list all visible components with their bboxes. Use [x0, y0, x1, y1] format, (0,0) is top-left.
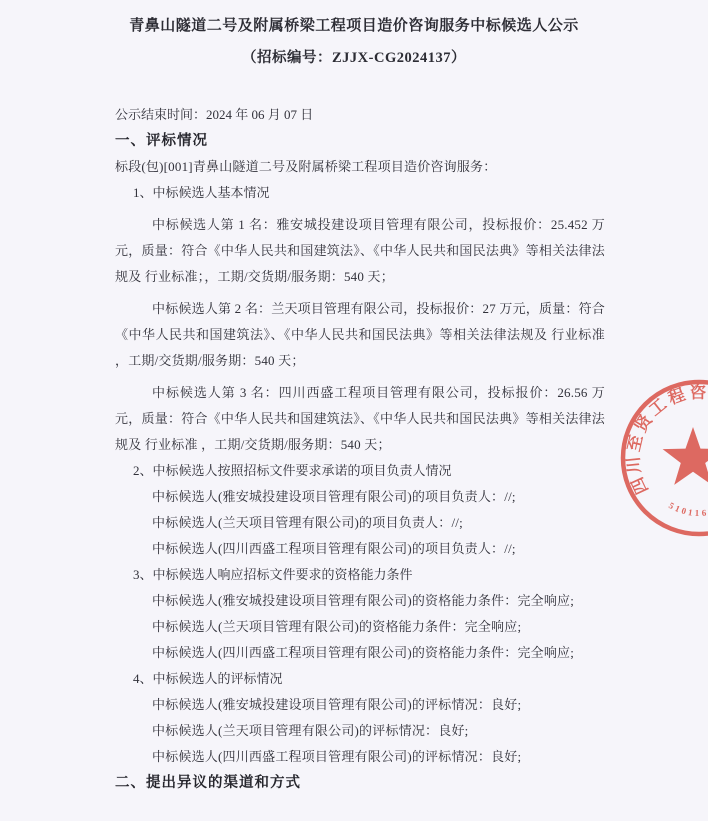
- seal-arc-text: 四 川 至 贤 工 程 咨 询: [624, 382, 708, 497]
- document-title: 青鼻山隧道二号及附属桥梁工程项目造价咨询服务中标候选人公示: [0, 14, 708, 38]
- svg-text:5: 5: [667, 500, 676, 511]
- svg-text:1: 1: [687, 507, 694, 518]
- candidate-2-basic-info: 中标候选人第 2 名：兰天项目管理有限公司，投标报价：27 万元，质量：符合《中…: [115, 296, 605, 374]
- svg-text:四: 四: [628, 474, 652, 497]
- seal-serial-number: 5 1 0 1 1 6 0 2: [667, 500, 708, 518]
- section-objection-heading: 二、提出异议的渠道和方式: [115, 770, 605, 796]
- candidate-2-project-manager: 中标候选人(兰天项目管理有限公司)的项目负责人：//;: [115, 510, 605, 536]
- candidate-2-qualification: 中标候选人(兰天项目管理有限公司)的资格能力条件：完全响应;: [115, 614, 605, 640]
- candidate-3-evaluation-result: 中标候选人(四川西盛工程项目管理有限公司)的评标情况：良好;: [115, 744, 605, 770]
- seal-star-icon: [663, 427, 708, 485]
- svg-text:川: 川: [624, 456, 645, 474]
- svg-text:1: 1: [673, 503, 682, 514]
- item-3-label: 3、中标候选人响应招标文件要求的资格能力条件: [115, 562, 605, 588]
- item-4-label: 4、中标候选人的评标情况: [115, 666, 605, 692]
- svg-text:贤: 贤: [631, 410, 657, 435]
- candidate-1-qualification: 中标候选人(雅安城投建设项目管理有限公司)的资格能力条件：完全响应;: [115, 588, 605, 614]
- svg-text:工: 工: [645, 394, 670, 419]
- svg-text:至: 至: [624, 433, 646, 454]
- candidate-3-qualification: 中标候选人(四川西盛工程项目管理有限公司)的资格能力条件：完全响应;: [115, 640, 605, 666]
- svg-text:程: 程: [665, 384, 688, 409]
- svg-text:0: 0: [680, 505, 688, 516]
- item-2-label: 2、中标候选人按照招标文件要求承诺的项目负责人情况: [115, 458, 605, 484]
- svg-text:咨: 咨: [689, 382, 706, 402]
- document-page: 青鼻山隧道二号及附属桥梁工程项目造价咨询服务中标候选人公示 （招标编号：ZJJX…: [0, 0, 708, 821]
- candidate-3-basic-info: 中标候选人第 3 名：四川西盛工程项目管理有限公司，投标报价：26.56 万元，…: [115, 380, 605, 458]
- item-1-label: 1、中标候选人基本情况: [115, 180, 605, 206]
- tender-number: （招标编号：ZJJX-CG2024137）: [0, 46, 708, 70]
- candidate-1-project-manager: 中标候选人(雅安城投建设项目管理有限公司)的项目负责人：//;: [115, 484, 605, 510]
- svg-text:1: 1: [695, 508, 700, 518]
- section-evaluation-heading: 一、评标情况: [115, 128, 605, 154]
- candidate-3-project-manager: 中标候选人(四川西盛工程项目管理有限公司)的项目负责人：//;: [115, 536, 605, 562]
- svg-text:6: 6: [701, 508, 707, 518]
- publicity-end-time: 公示结束时间：2024 年 06 月 07 日: [115, 102, 605, 128]
- document-body: 公示结束时间：2024 年 06 月 07 日 一、评标情况 标段(包)[001…: [115, 102, 605, 796]
- seal-ring: [623, 382, 708, 534]
- candidate-1-basic-info: 中标候选人第 1 名：雅安城投建设项目管理有限公司，投标报价：25.452 万元…: [115, 212, 605, 290]
- red-seal-stamp-icon: 四 川 至 贤 工 程 咨 询 5 1 0 1 1 6 0 2: [600, 360, 708, 560]
- lot-line: 标段(包)[001]青鼻山隧道二号及附属桥梁工程项目造价咨询服务：: [115, 154, 605, 180]
- candidate-1-evaluation-result: 中标候选人(雅安城投建设项目管理有限公司)的评标情况：良好;: [115, 692, 605, 718]
- candidate-2-evaluation-result: 中标候选人(兰天项目管理有限公司)的评标情况：良好;: [115, 718, 605, 744]
